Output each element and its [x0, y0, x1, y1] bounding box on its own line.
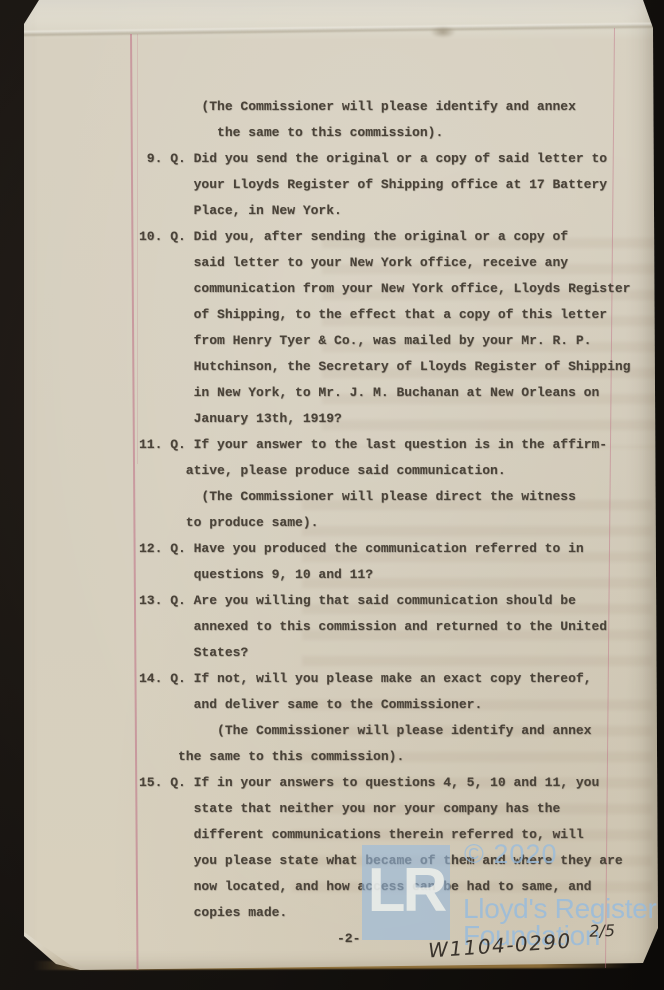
- typed-line: Hutchinson, the Secretary of Lloyds Regi…: [139, 354, 630, 380]
- typed-line: 13. Q. Are you willing that said communi…: [139, 588, 630, 614]
- typed-line: you please state what became of them and…: [139, 848, 630, 874]
- typed-line: different communications therein referre…: [139, 822, 630, 848]
- typed-line: annexed to this commission and returned …: [139, 614, 630, 640]
- page-number: -2-: [337, 931, 360, 946]
- typed-line: questions 9, 10 and 11?: [139, 562, 630, 588]
- typed-line: and deliver same to the Commissioner.: [139, 692, 630, 718]
- typed-line: (The Commissioner will please direct the…: [139, 484, 630, 510]
- typed-line: January 13th, 1919?: [139, 406, 630, 432]
- typed-line: 15. Q. If in your answers to questions 4…: [139, 770, 630, 796]
- typed-line: (The Commissioner will please identify a…: [139, 94, 630, 120]
- typed-line: States?: [139, 640, 630, 666]
- crease-nick: [430, 26, 456, 38]
- typed-line: (The Commissioner will please identify a…: [139, 718, 630, 744]
- left-margin-rule-secondary: [137, 34, 138, 464]
- typed-line: Place, in New York.: [139, 198, 630, 224]
- typed-line: 11. Q. If your answer to the last questi…: [139, 432, 630, 458]
- typed-line: the same to this commission).: [139, 120, 630, 146]
- typed-line: the same to this commission).: [139, 744, 630, 770]
- typed-line: ative, please produce said communication…: [139, 458, 630, 484]
- typed-line: of Shipping, to the effect that a copy o…: [139, 302, 630, 328]
- typed-line: to produce same).: [139, 510, 630, 536]
- scanned-document-photo: (The Commissioner will please identify a…: [0, 0, 664, 990]
- typed-line: from Henry Tyer & Co., was mailed by you…: [139, 328, 630, 354]
- typed-text-block: (The Commissioner will please identify a…: [139, 94, 630, 926]
- typed-line: state that neither you nor your company …: [139, 796, 630, 822]
- typed-line: 12. Q. Have you produced the communicati…: [139, 536, 630, 562]
- typed-line: 14. Q. If not, will you please make an e…: [139, 666, 630, 692]
- typed-line: 10. Q. Did you, after sending the origin…: [139, 224, 630, 250]
- typed-line: your Lloyds Register of Shipping office …: [139, 172, 630, 198]
- typed-line: said letter to your New York office, rec…: [139, 250, 630, 276]
- typed-line: 9. Q. Did you send the original or a cop…: [139, 146, 630, 172]
- typed-line: now located, and how access can be had t…: [139, 874, 630, 900]
- typed-line: in New York, to Mr. J. M. Buchanan at Ne…: [139, 380, 630, 406]
- handwritten-page-fraction: 2/5: [589, 921, 615, 941]
- typed-line: copies made.: [139, 900, 630, 926]
- typed-line: communication from your New York office,…: [139, 276, 630, 302]
